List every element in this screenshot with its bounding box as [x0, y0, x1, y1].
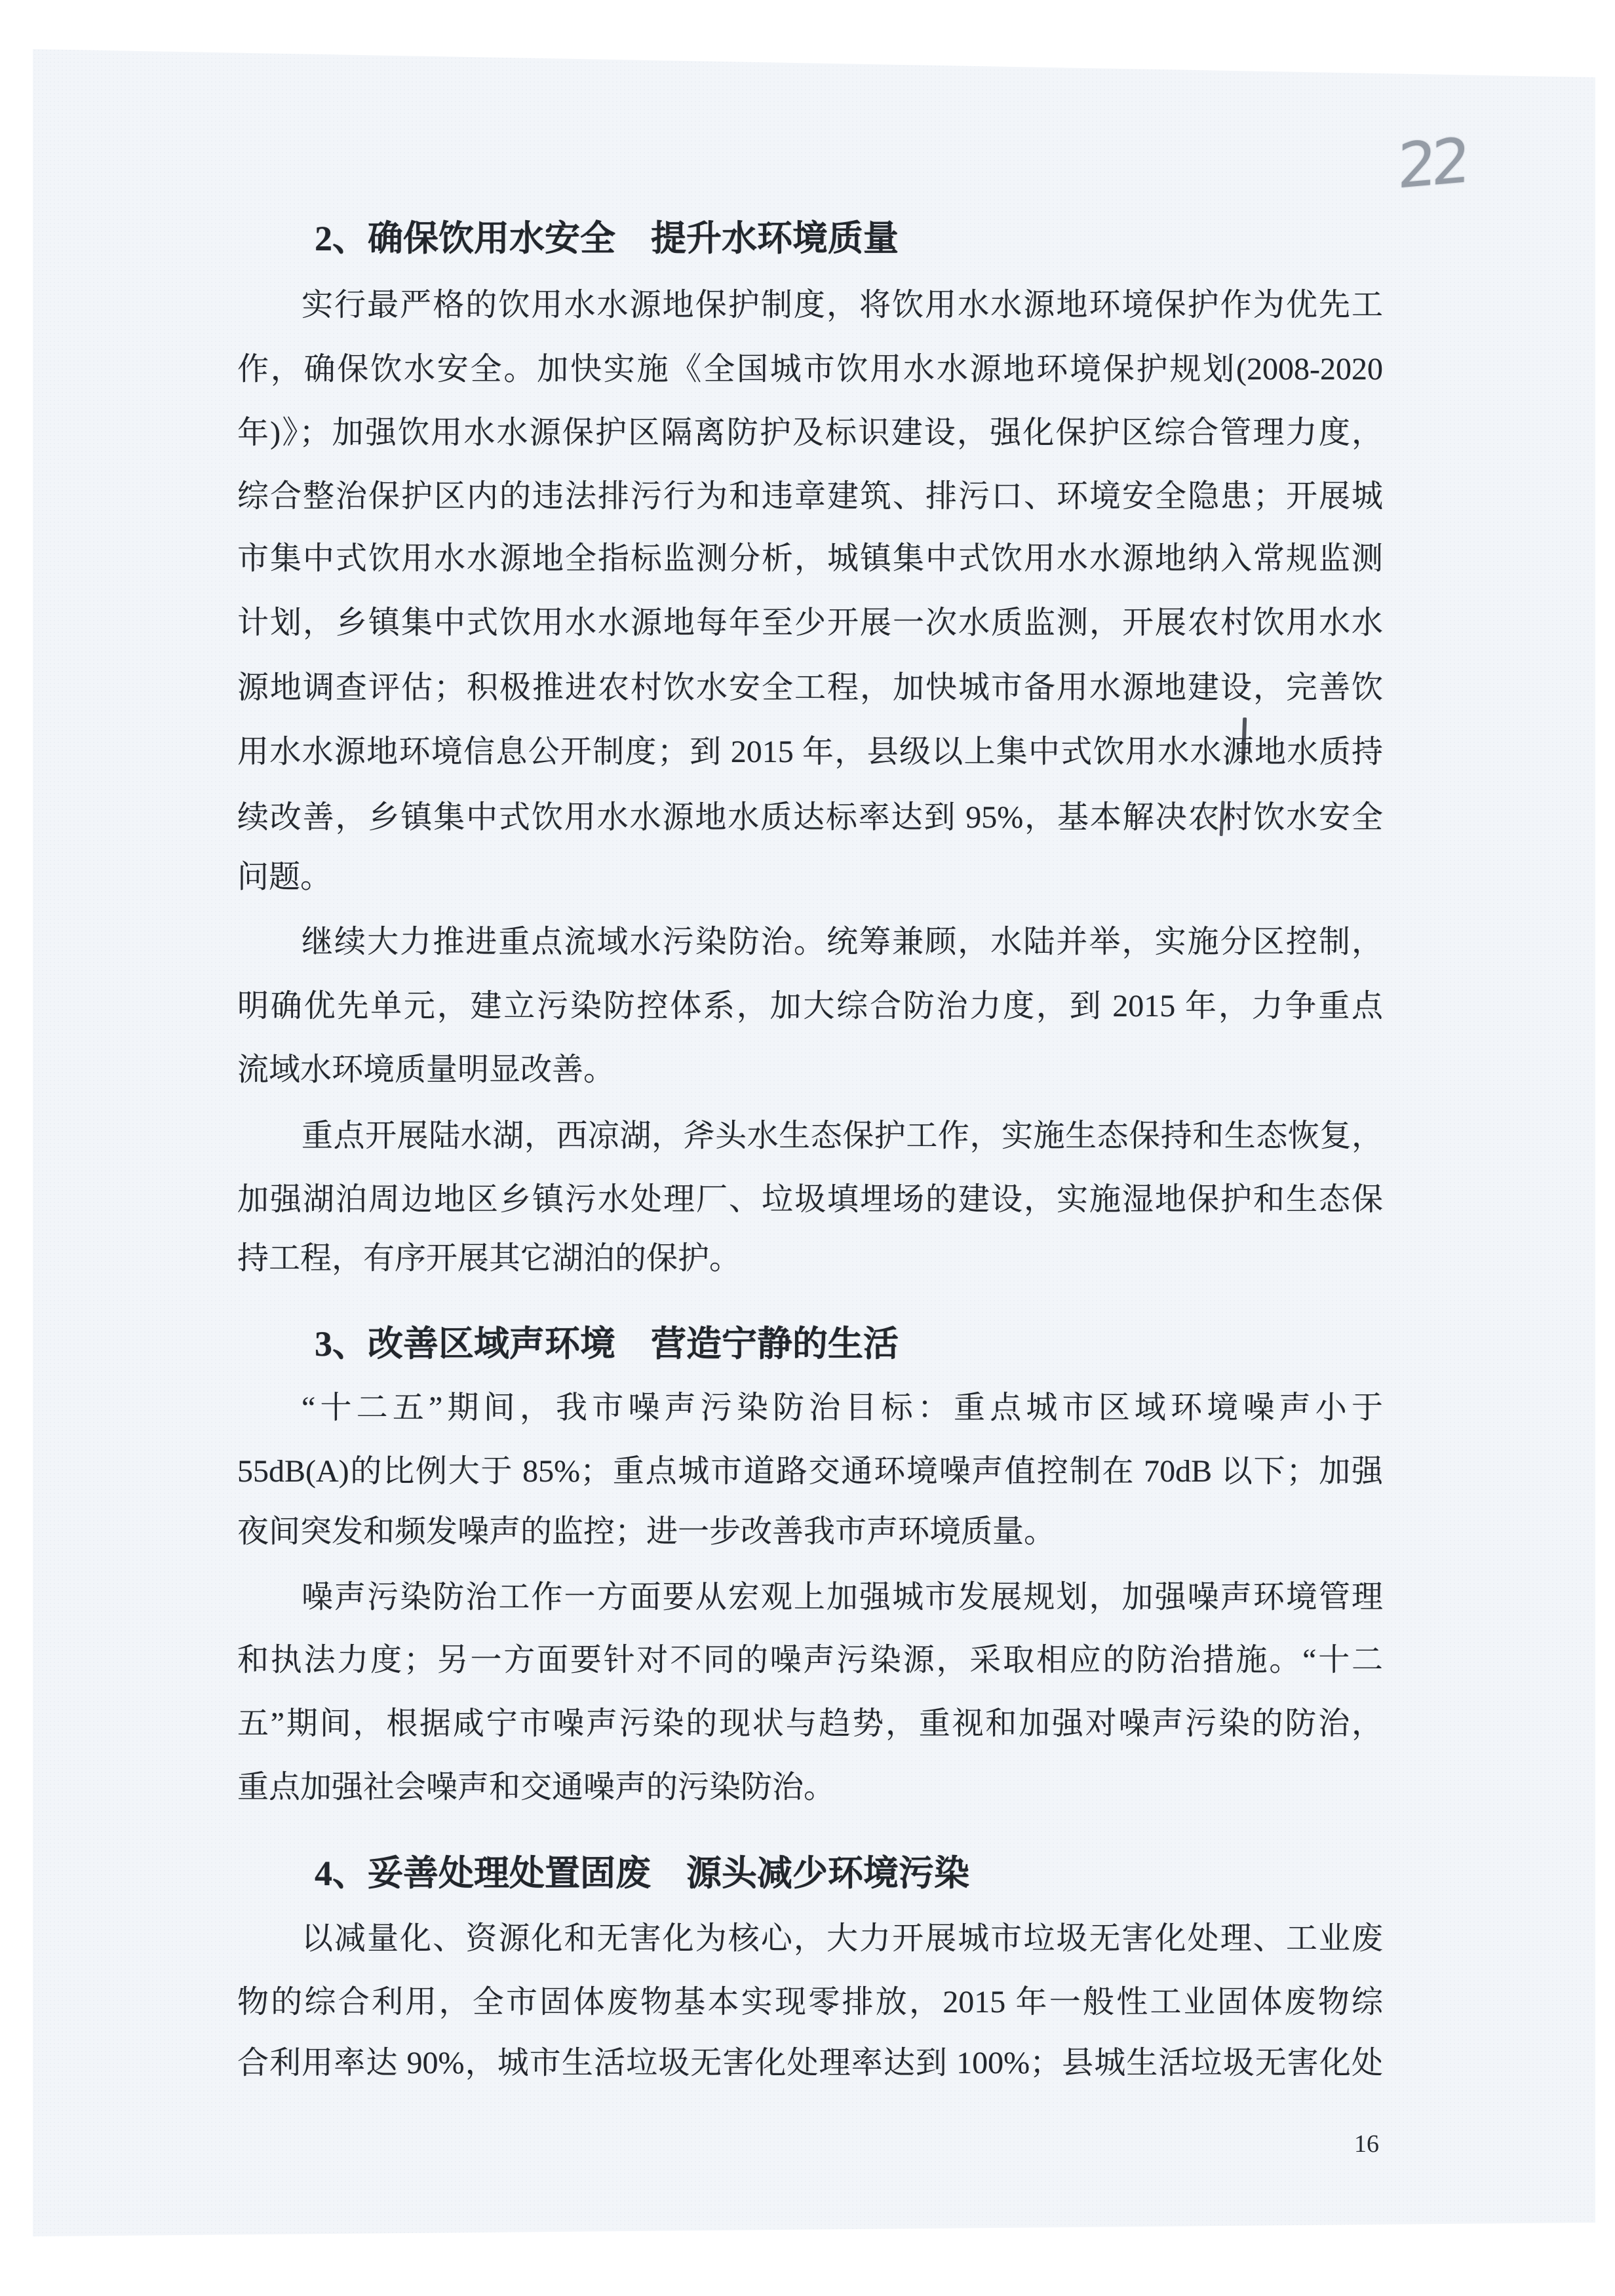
text-line: 以减量化、资源化和无害化为核心，大力开展城市垃圾无害化处理、工业废 — [237, 1919, 1383, 1959]
text-line: “十二五”期间，我市噪声污染防治目标：重点城市区域环境噪声小于 — [237, 1388, 1383, 1428]
text-line: 重点加强社会噪声和交通噪声的污染防治。 — [237, 1767, 1383, 1808]
text-line: 加强湖泊周边地区乡镇污水处理厂、垃圾填埋场的建设，实施湿地保护和生态保 — [237, 1179, 1383, 1220]
text-line: 源地调查评估；积极推进农村饮水安全工程，加快城市备用水源地建设，完善饮 — [237, 668, 1383, 708]
text-line: 续改善，乡镇集中式饮用水水源地水质达标率达到 95%，基本解决农村饮水安全 — [237, 797, 1383, 838]
text-line: 年)》；加强饮用水水源保护区隔离防护及标识建设，强化保护区综合管理力度， — [237, 413, 1383, 453]
text-line: 综合整治保护区内的违法排污行为和违章建筑、排污口、环境安全隐患；开展城 — [237, 476, 1383, 517]
text-line: 持工程，有序开展其它湖泊的保护。 — [237, 1238, 1383, 1279]
text-line: 重点开展陆水湖，西凉湖，斧头水生态保护工作，实施生态保持和生态恢复， — [237, 1116, 1383, 1157]
text-line: 继续大力推进重点流域水污染防治。统筹兼顾，水陆并举，实施分区控制， — [237, 922, 1383, 963]
text-line: 和执法力度；另一方面要针对不同的噪声污染源，采取相应的防治措施。“十二 — [237, 1640, 1383, 1681]
text-line: 噪声污染防治工作一方面要从宏观上加强城市发展规划，加强噪声环境管理 — [237, 1577, 1383, 1618]
handwritten-page-mark: 22 — [1397, 125, 1466, 203]
text-line: 明确优先单元，建立污染防控体系，加大综合防治力度，到 2015 年，力争重点 — [237, 986, 1383, 1027]
heading-section-4: 4、妥善处理处置固废 源头减少环境污染 — [237, 1853, 1383, 1894]
text-line: 夜间突发和频发噪声的监控；进一步改善我市声环境质量。 — [237, 1512, 1383, 1552]
text-line: 用水水源地环境信息公开制度；到 2015 年，县级以上集中式饮用水水源地水质持 — [237, 732, 1383, 773]
text-line: 计划，乡镇集中式饮用水水源地每年至少开展一次水质监测，开展农村饮用水水 — [237, 603, 1383, 643]
text-line: 合利用率达 90%，城市生活垃圾无害化处理率达到 100%；县城生活垃圾无害化处 — [237, 2043, 1383, 2084]
page-number: 16 — [1331, 2130, 1403, 2158]
text-line: 物的综合利用，全市固体废物基本实现零排放，2015 年一般性工业固体废物综 — [237, 1982, 1383, 2023]
text-line: 作，确保饮水安全。加快实施《全国城市饮用水水源地环境保护规划(2008-2020 — [237, 349, 1383, 390]
text-line: 流域水环境质量明显改善。 — [237, 1050, 1383, 1090]
text-line: 55dB(A)的比例大于 85%；重点城市道路交通环境噪声值控制在 70dB 以… — [237, 1451, 1383, 1492]
heading-section-3: 3、改善区域声环境 营造宁静的生活 — [237, 1324, 1383, 1364]
text-line: 五”期间，根据咸宁市噪声污染的现状与趋势，重视和加强对噪声污染的防治， — [237, 1704, 1383, 1744]
scanned-page: 22 2、确保饮用水安全 提升水环境质量 实行最严格的饮用水水源地保护制度，将饮… — [33, 45, 1595, 2236]
text-line: 问题。 — [237, 857, 1383, 898]
text-line: 实行最严格的饮用水水源地保护制度，将饮用水水源地环境保护作为优先工 — [237, 285, 1383, 326]
heading-section-2: 2、确保饮用水安全 提升水环境质量 — [237, 218, 1383, 259]
text-line: 市集中式饮用水水源地全指标监测分析，城镇集中式饮用水水源地纳入常规监测 — [237, 539, 1383, 579]
